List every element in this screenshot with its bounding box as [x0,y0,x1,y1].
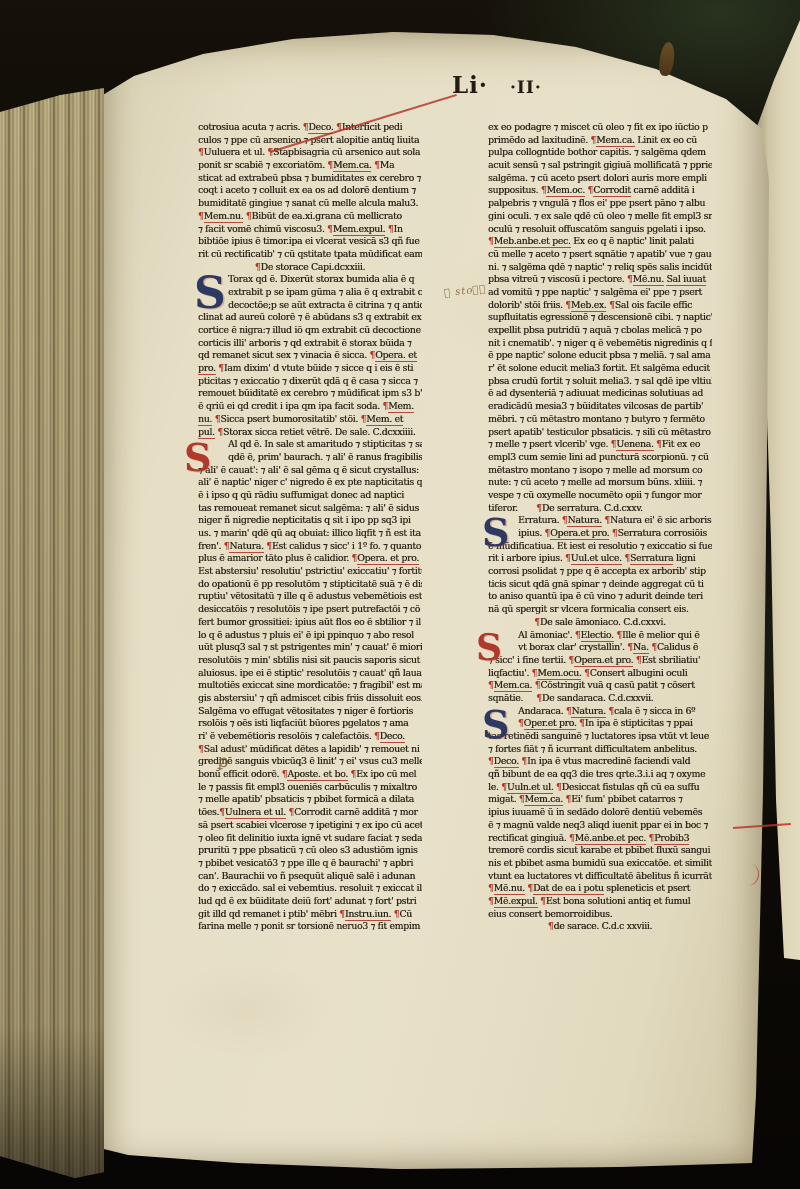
rubric-underlined-text: Oper.et pro. [524,718,577,730]
rubric-pilcrow: ¶ [488,756,494,767]
rubric-pilcrow: ¶ [219,807,225,818]
rubric-pilcrow: ¶ [521,756,527,767]
text-line: ticis sicut qdā gnā spinar ⁊ deinde aggr… [488,579,712,592]
text-line: do ⁊ exiccādo. sal ei vebemtius. resolui… [198,883,422,896]
text-line: sticat ad extrabeū pbsa ⁊ bumiditates ex… [198,173,422,186]
text-line: empl3 cum semie lini ad puncturā scorpio… [488,452,712,465]
text-line: tas retinēdi sanguinē ⁊ luctatores ipsa … [488,731,712,744]
text-line: ē mūdificatiua. Et iest ei resolutio ⁊ e… [488,541,712,554]
text-line: ipius iuuamē ū in sedādo dolorē dentiū v… [488,807,712,820]
text-line: farina melle ⁊ ponit sr torsionē neruo3 … [198,921,422,934]
rubric-pilcrow: ¶ [608,706,614,717]
text-line: rit cū rectificatib' ⁊ cū qstitate tpata… [198,249,422,262]
rubric-underlined-text: Mem.expul. [333,224,385,236]
text-line: Andaraca. ¶Natura. ¶cala ē ⁊ sicca in 6º [488,706,712,719]
text-column-right: S S S ex eo podagre ⁊ miscet cū oleo ⁊ f… [488,122,712,934]
text-line: rectificat gingiuā. ¶Mē.anbe.et pec. ¶Pr… [488,833,712,846]
text-line: salgēma. ⁊ cū aceto psert dolori auris m… [488,173,712,186]
text-line: cū melle ⁊ aceto ⁊ psert sqnātie ⁊ apati… [488,249,712,262]
drop-cap-initial: S [184,439,211,477]
text-line: ⁊ pbibet vesicatō3 ⁊ ppe ille q ē baurac… [198,858,422,871]
text-line: liqfactiu'. ¶Mem.ocu. ¶Consert albugini … [488,668,712,681]
text-line: ¶De sale āmoniaco. C.d.cxxvi. [488,617,712,630]
text-line: culos ⁊ ppe cū arsenico ⁊ psert alopitie… [198,135,422,148]
text-line: ⁊ fortes fiāt ⁊ ñ icurrant difficultatem… [488,744,712,757]
rubric-pilcrow: ¶ [534,617,540,628]
rubric-underlined-text: Mem.ca. [524,794,562,806]
text-line: tiferor. ¶De serratura. C.d.cxxv. [488,503,712,516]
rubric-pilcrow: ¶ [327,224,333,235]
text-line: Torax qd ē. Dixerūt storax bumida alia ē… [198,274,422,287]
rubric-pilcrow: ¶ [488,896,494,907]
rubric-pilcrow: ¶ [351,769,357,780]
text-line: ¶De storace Capi.dcxxiii. [198,262,422,275]
rubric-pilcrow: ¶ [501,782,507,793]
text-line: dolorib' stōi friis. ¶Meb.ex. ¶Sal ois f… [488,300,712,313]
text-line: ¶Mem.ca. ¶Cōstringit vuā q casū patit ⁊ … [488,680,712,693]
rubric-pilcrow: ¶ [627,274,633,285]
text-line: ¶Sal adust' mūdificat dētes a lapidib' ⁊… [198,744,422,757]
text-line: pro. ¶Iam dixim' d vtute būide ⁊ sicce q… [198,363,422,376]
text-line: ¶Meb.anbe.et pec. Ex eo q ē naptic' lini… [488,236,712,249]
text-line: nute: ⁊ cū aceto ⁊ melle ad morsum būns.… [488,477,712,490]
text-line: ē i ipso q qū rādiu suffumigat donec ad … [198,490,422,503]
rubric-pilcrow: ¶ [651,642,657,653]
rubric-pilcrow: ¶ [540,896,546,907]
rubric-underlined-text: Mem.oc. [546,185,584,197]
text-line: ad vomitū ⁊ ppe naptic' ⁊ salgēma ei' pp… [488,287,712,300]
text-line: Erratura. ¶Natura. ¶Natura ei' ē sic arb… [488,515,712,528]
rubric-pilcrow: ¶ [616,630,622,641]
rubric-pilcrow: ¶ [548,921,554,932]
text-line: vt borax clar' crystallin'. ¶Na. ¶Calidu… [488,642,712,655]
text-line: ni. ⁊ salgēma qdē ⁊ naptic' ⁊ reliq spēs… [488,262,712,275]
text-line: nā qū spergit sr vlcera formicalia conse… [488,604,712,617]
rubric-pilcrow: ¶ [218,363,224,374]
rubric-underlined-text: Opera.et pro. [550,528,609,540]
text-line: gini oculi. ⁊ ex sale qdē cū oleo ⁊ mell… [488,211,712,224]
text-line: bibtiōe ipius ē timor.ipa ei vlcerat ves… [198,236,422,249]
text-line: Est abstersiu' resolutiu' pstrictiu' exi… [198,566,422,579]
text-line: bonū efficit odorē. ¶Aposte. et bo. ¶Ex … [198,769,422,782]
rubric-pilcrow: ¶ [488,236,494,247]
rubric-underlined-text: Mem.ca. [494,680,532,692]
text-line: corticis illi' arboris ⁊ qd extrabit ē s… [198,338,422,351]
rubric-pilcrow: ¶ [374,731,380,742]
text-line: ē ppe naptic' solone educit pbsa ⁊ meliā… [488,350,712,363]
text-line: rit i arbore ipius. ¶Uul.et ulce. ¶Serra… [488,553,712,566]
text-line: ē qriū ei qd credit i ipa qm ipa facit s… [198,401,422,414]
rubric-pilcrow: ¶ [566,794,572,805]
text-line: pbsa vitreū ⁊ viscosū i pectore. ¶Mē.nu.… [488,274,712,287]
text-line: ¶Uuluera et ul. ¶Stapbisagria cū arsenic… [198,147,422,160]
rubric-pilcrow: ¶ [609,300,615,311]
rubric-pilcrow: ¶ [565,553,571,564]
text-line: ¶Oper.et pro. ¶In ipa ē stipticitas ⁊ pp… [488,718,712,731]
text-line: cortice ē nigra:⁊ illud iō qm extrabit c… [198,325,422,338]
text-line: eradicādū mesia3 ⁊ būiditates vilcosas d… [488,401,712,414]
rubric-underlined-text: Mem. et [366,414,403,426]
text-line: mēbri. ⁊ cū mētastro montano ⁊ butyro ⁊ … [488,414,712,427]
text-line: tremorē cordis sicut karabe et pbibet fl… [488,845,712,858]
rubric-pilcrow: ¶ [536,503,542,514]
text-line: Al āmoniac'. ¶Electio. ¶Ille ē melior qu… [488,630,712,643]
rubric-pilcrow: ¶ [575,630,581,641]
rubric-pilcrow: ¶ [536,693,542,704]
rubric-pilcrow: ¶ [569,833,575,844]
rubric-pilcrow: ¶ [246,211,252,222]
text-line: ⁊ melle apatib' pbsaticis ⁊ pbibet formi… [198,794,422,807]
drop-cap-initial: S [476,630,502,666]
text-line: mētastro montano ⁊ isopo ⁊ melle ad mors… [488,465,712,478]
text-line: gredinē sanguis vbicūq3 ē linit' ⁊ ei' v… [198,756,422,769]
rubric-underlined-text: Mem. [388,401,414,413]
rubric-underlined-text: Uenena. [616,439,653,451]
text-line: qñ bibunt de ea qq3 die tres qrte.3.i.i … [488,769,712,782]
rubric-pilcrow: ¶ [535,680,541,691]
text-line: ¶de sarace. C.d.c xxviii. [488,921,712,934]
rubric-underlined-text: Probib3 [654,833,689,845]
text-line: eius consert bemorroidibus. [488,909,712,922]
rubric-underlined-text: Natura. [571,706,605,718]
rubric-pilcrow: ¶ [288,807,294,818]
text-line: ruptiu' vētositatū ⁊ ille q ē adustus ve… [198,591,422,604]
text-line: niger ñ nigredie nepticitatis q sit i ip… [198,515,422,528]
rubric-underlined-text: Uuln.et ul. [507,782,554,794]
text-line: pbsa crudū fortit ⁊ soluit melia3. ⁊ sal… [488,376,712,389]
folio-header-book-number: Li· [452,72,488,99]
rubric-underlined-text: Electio. [581,630,614,642]
text-line: primēdo ad laxitudinē. ¶Mem.ca. Linit ex… [488,135,712,148]
text-line: can'. Baurachii vo ñ psequūt aliquē salē… [198,871,422,884]
text-line: bumiditatē gingiue ⁊ sanat cū melle alcu… [198,198,422,211]
rubric-underlined-text: Serratura [630,553,673,565]
rubric-underlined-text: Aposte. et bo. [287,769,348,781]
text-line: ē ⁊ magnū valde neq3 aliqd iuenit ppar e… [488,820,712,833]
text-line: ⁊ sicc' i fine tertii. ¶Opera.et pro. ¶E… [488,655,712,668]
rubric-underlined-text: Mem.ocu. [537,668,581,680]
text-line: remouet būiditatē ex cerebro ⁊ mūdificat… [198,388,422,401]
rubric-pilcrow: ¶ [636,655,642,666]
text-line: ⁊ ali' ē cauat': ⁊ ali' ē sal gēma q ē s… [198,465,422,478]
text-line: sqnātie. ¶De sandaraca. C.d.cxxvii. [488,693,712,706]
text-line: le ⁊ passis fit empl3 oueniēs carbūculis… [198,782,422,795]
text-line: ¶Mem.nu. ¶Bibūt de ea.xi.grana cū mellic… [198,211,422,224]
text-line: pruritū ⁊ ppe pbsaticū ⁊ cū oleo s3 adus… [198,845,422,858]
rubric-underlined-text: Deco. [380,731,405,743]
text-line: decoctōe;p se aūt extracta ē citrina ⁊ q… [198,300,422,313]
rubric-underlined-text: Natura. [229,541,263,553]
text-line: tas remoueat remanet sicut salgēma: ⁊ al… [198,503,422,516]
text-line: Al qd ē. In sale st amaritudo ⁊ stiptici… [198,439,422,452]
rubric-underlined-text: Mē.nu. [633,274,664,286]
book-photograph: Li· ·II· S S cotrosiua acuta ⁊ acris. ¶D… [0,0,800,1189]
rubric-pilcrow: ¶ [556,782,562,793]
text-line: do opationū ē pp resolutōm ⁊ stipticitat… [198,579,422,592]
rubric-underlined-text: Meb.ex. [571,300,607,312]
text-line: qd remanet sicut sex ⁊ vinacia ē sicca. … [198,350,422,363]
text-line: acuit sensū ⁊ sal pstringit gigiuā molli… [488,160,712,173]
text-line: corrosi psolidat ⁊ ppe q ē accepta ex ar… [488,566,712,579]
text-line: fren'. ¶Natura. ¶Est calidus ⁊ sicc' i 1… [198,541,422,554]
rubric-underlined-text: Mē.anbe.et pec. [575,833,646,845]
text-line: to aniso quantū ipa ē cū vino ⁊ adurit d… [488,591,712,604]
text-line: resolutōis ⁊ min' sbtilis nisi sit pauci… [198,655,422,668]
text-line: clinat ad aureū colorē ⁊ ē abūdans s3 q … [198,312,422,325]
text-line: vtunt ea luctatores vt difficultatē ābel… [488,871,712,884]
text-line: ē ad dysenteriā ⁊ adiuuat medicinas solu… [488,388,712,401]
text-line: nu. ¶Sicca psert bumorositatib' stōi. ¶M… [198,414,422,427]
text-column-left: S S cotrosiua acuta ⁊ acris. ¶Deco. ¶Int… [198,122,422,934]
rubric-underlined-text: Uulnera et ul. [225,807,286,819]
rubric-underlined-text: Opera. et pro. [357,553,419,565]
text-line: multotiēs exiccat sine mordicatōe: ⁊ fra… [198,680,422,693]
rubric-underlined-text: Meb.anbe.et pec. [494,236,571,248]
text-line: psert apatib' testiculor pbsaticis. ⁊ si… [488,427,712,440]
text-line: qdē ē, prim' baurach. ⁊ ali' ē ranus fra… [198,452,422,465]
drop-cap-initial: S [482,706,509,744]
text-line: ⁊ facit vomē chimū viscosu3. ¶Mem.expul.… [198,224,422,237]
text-line: ⁊ melle ⁊ psert vlcerib' vge. ¶Uenena. ¶… [488,439,712,452]
text-line: nis et pbibet asma bumidū sua exiccatōe.… [488,858,712,871]
bookmark-tab [657,41,676,77]
text-line: gis abstersiu' ⁊ qñ admiscet cibis friis… [198,693,422,706]
text-line: ponit sr scabiē ⁊ excoriatōm. ¶Mem.ca. ¶… [198,160,422,173]
text-line: ⁊ oleo fit delinitio iuxta ignē vt sudar… [198,833,422,846]
text-line: lo q ē adustus ⁊ pluis ei' ē ipi ppinquo… [198,630,422,643]
rubric-underlined-text: Mem.ca. [333,160,371,172]
text-line: aluiosus. ipe ei ē stiptic' resolutōis ⁊… [198,668,422,681]
rubric-pilcrow: ¶ [584,668,590,679]
text-line: rsolōis ⁊ oēs isti liqfaciūt būores pgel… [198,718,422,731]
rubric-pilcrow: ¶ [217,427,223,438]
rubric-pilcrow: ¶ [612,528,618,539]
drop-cap-initial: S [482,514,509,552]
text-line: oculū ⁊ resoluit offuscatōm sanguis pgel… [488,224,712,237]
text-line: nit i cnematib'. ⁊ niger q ē vebemētis n… [488,338,712,351]
rubric-pilcrow: ¶ [604,515,610,526]
text-line: us. ⁊ marin' qdē qū aq obuiat: illico li… [198,528,422,541]
text-line: expellit pbsa putridū ⁊ aquā ⁊ cbolas me… [488,325,712,338]
text-line: ¶Mē.nu. ¶Dat de ea i potu spleneticis et… [488,883,712,896]
text-line: ali' ē naptic' niger c' nigredo ē ex pte… [198,477,422,490]
rubric-underlined-text: nu. [198,414,212,426]
rubric-pilcrow: ¶ [579,718,585,729]
text-line: migat. ¶Mem.ca. ¶Ei' fum' pbibet catarro… [488,794,712,807]
rubric-pilcrow: ¶ [198,211,204,222]
rubric-pilcrow: ¶ [374,160,380,171]
rubric-underlined-text: Uul.et ulce. [571,553,622,565]
text-line: Salgēma vo effugat vētositates ⁊ niger ē… [198,706,422,719]
rubric-pilcrow: ¶ [518,718,524,729]
text-line: pticitas ⁊ exiccatio ⁊ dixerūt qdā q ē c… [198,376,422,389]
text-line: uūt plusq3 sal ⁊ st pstrigentes min' ⁊ c… [198,642,422,655]
rubric-underlined-text: Mē.nu. [494,883,525,895]
text-line: ex eo podagre ⁊ miscet cū oleo ⁊ fit ex … [488,122,712,135]
rubric-underlined-text: Mē.expul. [494,896,538,908]
rubric-pilcrow: ¶ [266,541,272,552]
folio-header-leaf-number: ·II· [510,78,542,98]
rubric-underlined-text: pro. [198,363,216,375]
text-line: le. ¶Uuln.et ul. ¶Desiccat fistulas qñ c… [488,782,712,795]
drop-cap-initial: S [194,272,225,316]
text-line: ¶Deco. ¶In ipa ē vtus macredinē faciendi… [488,756,712,769]
text-line: supfluitatis egressionē ⁊ descensionē ci… [488,312,712,325]
rubric-pilcrow: ¶ [215,414,221,425]
rubric-underlined-text: Corrodit [593,185,630,197]
marginal-paragraph-mark: ꝑ [217,752,229,773]
text-line: lud qd ē ex būiditate deiū fort' adunat … [198,896,422,909]
rubric-underlined-text: Deco. [494,756,519,768]
rubric-underlined-text: Dat de ea i potu [533,883,604,895]
text-line: palpebris ⁊ vngulā ⁊ flos ei' ppe psert … [488,198,712,211]
rubric-pilcrow: ¶ [488,680,494,691]
text-line: pul. ¶Storax sicca retiet vētrē. De sale… [198,427,422,440]
rubric-pilcrow: ¶ [198,744,204,755]
text-line: ri' ē vebemētioris resolōis ⁊ calefactōi… [198,731,422,744]
text-line: coqt i aceto ⁊ colluit ex ea os ad dolor… [198,185,422,198]
rubric-underlined-text: Mem.nu. [204,211,244,223]
rubric-pilcrow: ¶ [656,439,662,450]
rubric-pilcrow: ¶ [394,909,400,920]
rubric-pilcrow: ¶ [198,147,204,158]
rubric-pilcrow: ¶ [488,883,494,894]
leaf-edge-stack [0,88,104,1178]
text-line: cotrosiua acuta ⁊ acris. ¶Deco. ¶Interfi… [198,122,422,135]
rubric-underlined-text: Mem.ca. [596,135,634,147]
rubric-underlined-text: Natura. [567,515,601,527]
text-line: suppositus. ¶Mem.oc. ¶Corrodit carnē add… [488,185,712,198]
text-line: ipius. ¶Opera.et pro. ¶Serratura corrosi… [488,528,712,541]
text-line: fert bumor grossitiei: ipius aūt flos eo… [198,617,422,630]
text-line: ¶Mē.expul. ¶Est bona solutioni antiq et … [488,896,712,909]
text-line: r' ēt solone educit melia3 fortit. Et sa… [488,363,712,376]
rubric-underlined-text: Sal iuuat [666,274,705,286]
rubric-pilcrow: ¶ [388,224,394,235]
text-line: pulpa collogntide bothor capitis. ⁊ salg… [488,147,712,160]
text-line: extrabit p se ipam gūma ⁊ alia ē q extra… [198,287,422,300]
text-line: vespe ⁊ cū oxymelle nocumēto opii ⁊ fung… [488,490,712,503]
text-line: desiccatōis ⁊ resolutōis ⁊ ipe psert put… [198,604,422,617]
rubric-underlined-text: Instru.iun. [345,909,391,921]
text-line: sā psert scabiei vlcerose ⁊ ipetigini ⁊ … [198,820,422,833]
text-line: tōes.¶Uulnera et ul. ¶Corrodit carnē add… [198,807,422,820]
text-line: plus ē amarior tāto plus ē calidior. ¶Op… [198,553,422,566]
rubric-pilcrow: ¶ [255,262,261,273]
text-line: git illd qd remanet i ptib' mēbri ¶Instr… [198,909,422,922]
rubric-underlined-text: Opera.et pro. [574,655,633,667]
rubric-underlined-text: Na. [633,642,649,654]
rubric-underlined-text: Opera. et [375,350,417,362]
